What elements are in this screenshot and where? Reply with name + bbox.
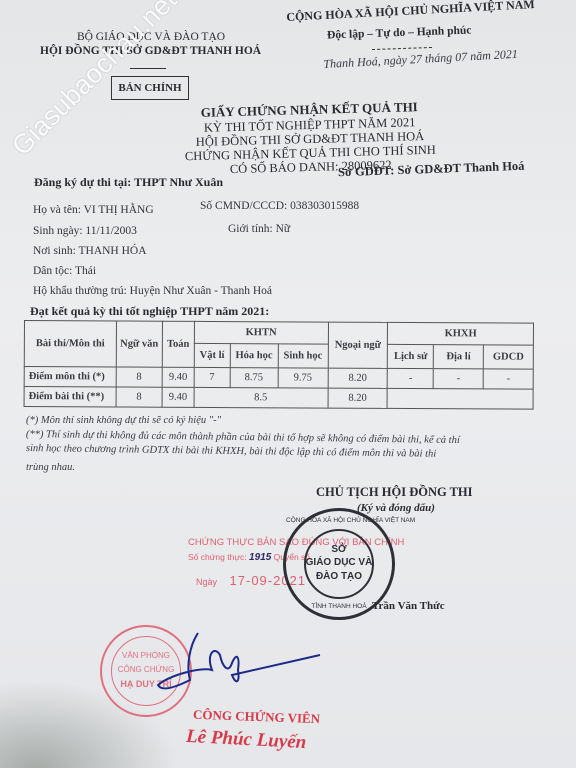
national-motto: Độc lập – Tự do – Hạnh phúc	[327, 24, 472, 41]
seal-ring-text: CỘNG HÒA XÃ HỘI CHỦ NGHĨA VIỆT NAM	[286, 517, 392, 524]
note-1: (*) Môn thí sinh không dự thi sẽ có ký h…	[26, 415, 221, 426]
exam-literature: 8	[116, 387, 162, 407]
header-khtn: KHTN	[194, 321, 328, 344]
header-biology: Sinh học	[278, 344, 328, 368]
original-copy-label: BẢN CHÍNH	[111, 76, 189, 100]
exam-foreign-language: 8.20	[328, 388, 388, 408]
seal-line-1: SỞ	[286, 544, 392, 555]
notary-name: Lê Phúc Luyến	[186, 726, 307, 754]
candidate-id: Số CMND/CCCD: 038303015988	[200, 200, 359, 212]
cert-date-label: Ngày	[196, 577, 217, 587]
cert-prefix: Số chứng thực:	[188, 552, 247, 562]
candidate-gender: Giới tính: Nữ	[228, 223, 290, 235]
score-literature: 8	[116, 367, 162, 387]
score-geography: -	[433, 369, 483, 389]
candidate-ethnicity: Dân tộc: Thái	[33, 265, 96, 277]
header-literature: Ngữ văn	[116, 321, 162, 367]
table-row: Điểm bài thi (**) 8 9.40 8.5 8.20	[24, 387, 533, 410]
note-3: sinh học theo chương trình GDTX thi bài …	[26, 443, 436, 460]
header-khxh: KHXH	[388, 322, 534, 345]
candidate-name: Họ và tên: VI THỊ HẰNG	[33, 204, 154, 216]
council-name: HỘI ĐỒNG THI SỞ GD&ĐT THANH HOÁ	[40, 45, 260, 57]
score-history: -	[388, 368, 434, 388]
score-biology: 9.75	[278, 368, 328, 388]
exam-khtn: 8.5	[194, 387, 328, 408]
header-rule-right	[372, 47, 432, 50]
header-geography: Địa lí	[434, 345, 484, 369]
header-foreign-language: Ngoại ngữ	[328, 322, 388, 368]
header-history: Lịch sử	[388, 344, 434, 368]
note-4: trùng nhau.	[26, 462, 75, 473]
sign-and-seal-label: (Ký và đóng dấu)	[357, 502, 435, 514]
place-date: Thanh Hoá, ngày 27 tháng 07 năm 2021	[323, 47, 518, 72]
header-civics: GDCD	[483, 345, 533, 369]
cert-number: 1915	[249, 552, 271, 563]
signature-icon	[140, 625, 340, 705]
exam-registration-school: Đăng ký dự thi tại: THPT Như Xuân	[34, 175, 223, 190]
signer-name: Trần Văn Thức	[372, 600, 445, 612]
seal-line-3: ĐÀO TẠO	[286, 571, 392, 582]
row-label-subject-scores: Điểm môn thi (*)	[24, 367, 116, 387]
score-civics: -	[483, 369, 533, 389]
score-math: 9.40	[162, 367, 194, 387]
score-foreign-language: 8.20	[328, 368, 388, 388]
header-subject: Bài thi/Môn thi	[24, 321, 116, 367]
candidate-birthplace: Nơi sinh: THANH HÓA	[33, 245, 147, 257]
score-chemistry: 8.75	[230, 368, 278, 388]
header-rule-left	[130, 68, 166, 69]
exam-math: 9.40	[162, 387, 194, 407]
notary-title: CÔNG CHỨNG VIÊN	[193, 707, 321, 727]
header-chemistry: Hóa học	[230, 344, 278, 368]
chairman-title: CHỦ TỊCH HỘI ĐỒNG THI	[316, 485, 473, 500]
candidate-residence: Hộ khẩu thường trú: Huyện Như Xuân - Tha…	[33, 285, 272, 297]
results-title: Đạt kết quả kỳ thi tốt nghiệp THPT năm 2…	[30, 304, 269, 319]
candidate-dob: Sinh ngày: 11/11/2003	[33, 225, 137, 237]
certificate-page: BỘ GIÁO DỤC VÀ ĐÀO TẠO HỘI ĐỒNG THI SỞ G…	[0, 0, 576, 768]
row-label-exam-scores: Điểm bài thi (**)	[24, 387, 116, 407]
country-name: CỘNG HÒA XÃ HỘI CHỦ NGHĨA VIỆT NAM	[286, 0, 535, 25]
table-row: Điểm môn thi (*) 8 9.40 7 8.75 9.75 8.20…	[24, 367, 533, 390]
header-physics: Vật lí	[194, 343, 230, 367]
seal-line-2: GIÁO DỤC VÀ	[286, 557, 392, 568]
score-physics: 7	[194, 367, 230, 387]
exam-khxh	[387, 388, 533, 409]
header-math: Toán	[162, 321, 194, 367]
score-table: Bài thi/Môn thi Ngữ văn Toán KHTN Ngoại …	[24, 320, 534, 410]
